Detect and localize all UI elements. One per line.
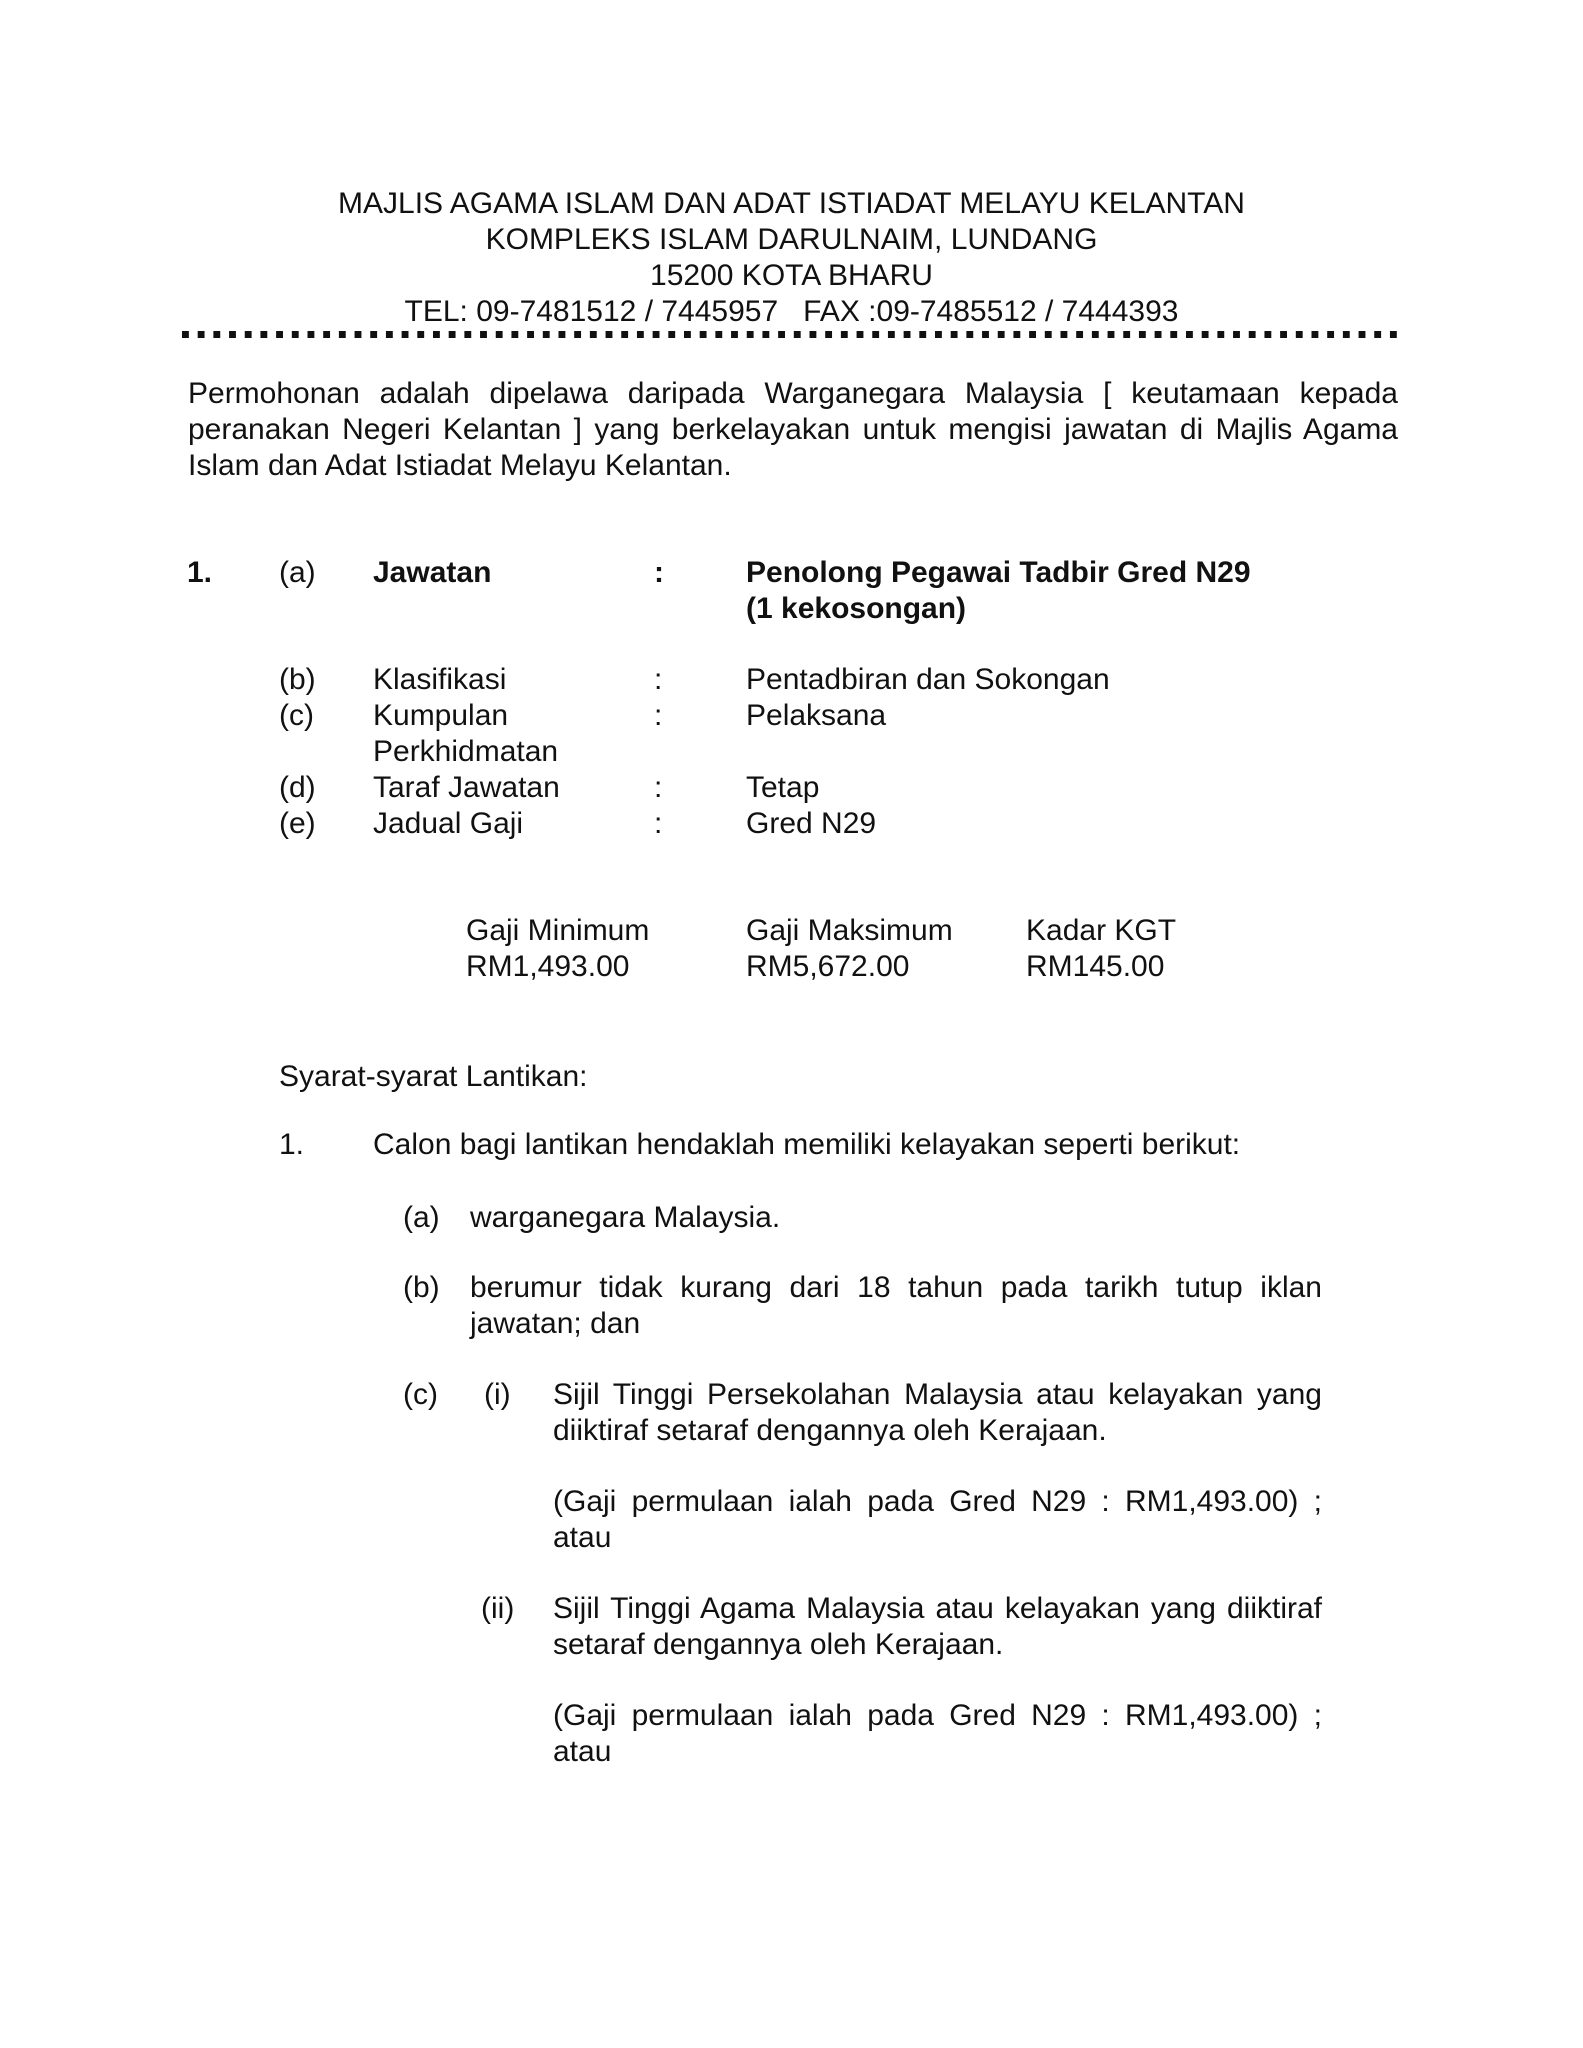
salary-max-value: RM5,672.00 [746,949,909,985]
field-label-jawatan: Jawatan [373,555,491,591]
organization-address: KOMPLEKS ISLAM DARULNAIM, LUNDANG [0,222,1583,258]
intro-line-2: peranakan Negeri Kelantan ] yang berkela… [188,412,1398,448]
requirement-c-i-or: atau [553,1520,611,1556]
requirement-c-i-line2: diiktiraf setaraf dengannya oleh Kerajaa… [553,1413,1107,1449]
kgt-rate-label: Kadar KGT [1026,913,1176,949]
kgt-rate-value: RM145.00 [1026,949,1164,985]
requirement-number: 1. [279,1127,304,1163]
header-divider [182,331,1404,338]
field-value-jawatan: Penolong Pegawai Tadbir Gred N29 [746,555,1251,591]
organization-contact: TEL: 09-7481512 / 7445957 FAX :09-748551… [0,294,1583,330]
field-value-kumpulan: Pelaksana [746,698,886,734]
requirement-b-line2: jawatan; dan [470,1306,640,1342]
requirement-b-letter: (b) [403,1270,440,1306]
requirement-c-i-numeral: (i) [484,1377,511,1413]
field-value-klasifikasi: Pentadbiran dan Sokongan [746,662,1110,698]
requirement-c-ii-line1: Sijil Tinggi Agama Malaysia atau kelayak… [553,1591,1322,1627]
field-label-taraf: Taraf Jawatan [373,770,560,806]
intro-line-3: Islam dan Adat Istiadat Melayu Kelantan. [188,448,732,484]
field-label-kumpulan-line2: Perkhidmatan [373,734,558,770]
salary-max-label: Gaji Maksimum [746,913,953,949]
intro-line-1: Permohonan adalah dipelawa daripada Warg… [188,376,1398,412]
requirement-c-ii-line2: setaraf dengannya oleh Kerajaan. [553,1627,1003,1663]
section-number: 1. [187,555,212,591]
field-separator: : [654,662,662,698]
organization-name: MAJLIS AGAMA ISLAM DAN ADAT ISTIADAT MEL… [0,186,1583,222]
field-value-jadual: Gred N29 [746,806,876,842]
requirement-c-ii-salary-note: (Gaji permulaan ialah pada Gred N29 : RM… [553,1698,1322,1734]
requirement-c-letter: (c) [403,1377,438,1413]
item-letter: (b) [279,662,316,698]
requirements-title: Syarat-syarat Lantikan: [279,1059,587,1095]
field-label-kumpulan: Kumpulan [373,698,508,734]
organization-city: 15200 KOTA BHARU [0,258,1583,294]
vacancy-count: (1 kekosongan) [746,591,966,627]
requirement-a-letter: (a) [403,1200,440,1236]
field-value-taraf: Tetap [746,770,819,806]
item-letter: (a) [279,555,316,591]
requirement-c-ii-numeral: (ii) [481,1591,514,1627]
requirement-b-line1: berumur tidak kurang dari 18 tahun pada … [470,1270,1322,1306]
field-label-klasifikasi: Klasifikasi [373,662,506,698]
requirement-c-i-salary-note: (Gaji permulaan ialah pada Gred N29 : RM… [553,1484,1322,1520]
requirement-c-i-line1: Sijil Tinggi Persekolahan Malaysia atau … [553,1377,1322,1413]
field-separator: : [654,698,662,734]
item-letter: (c) [279,698,314,734]
field-separator: : [654,770,662,806]
requirement-text: Calon bagi lantikan hendaklah memiliki k… [373,1127,1240,1163]
requirement-a-text: warganegara Malaysia. [470,1200,780,1236]
field-separator: : [654,555,664,591]
item-letter: (d) [279,770,316,806]
item-letter: (e) [279,806,316,842]
field-label-jadual: Jadual Gaji [373,806,523,842]
requirement-c-ii-or: atau [553,1734,611,1770]
salary-min-label: Gaji Minimum [466,913,649,949]
salary-min-value: RM1,493.00 [466,949,629,985]
field-separator: : [654,806,662,842]
